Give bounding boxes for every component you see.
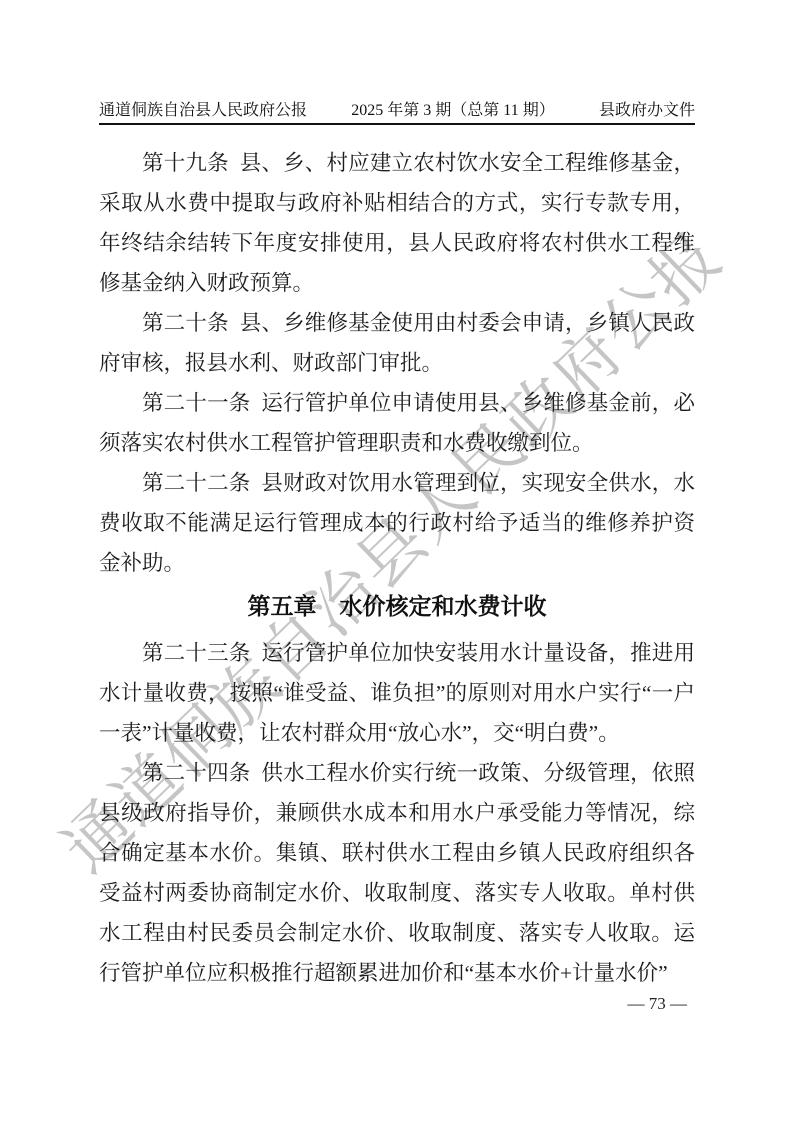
chapter-5-heading: 第五章 水价核定和水费计收 <box>99 586 695 626</box>
page-number: — 73 — <box>628 994 688 1013</box>
header-rule <box>99 123 695 125</box>
header-doc-category: 县政府办文件 <box>599 101 695 121</box>
paragraph-article-22: 第二十二条 县财政对饮用水管理到位，实现安全供水，水费收取不能满足运行管理成本的… <box>99 463 695 583</box>
document-page: 通道侗族自治县人民政府公报 通道侗族自治县人民政府公报 2025 年第 3 期（… <box>0 0 793 1122</box>
paragraph-article-21: 第二十一条 运行管护单位申请使用县、乡维修基金前，必须落实农村供水工程管护管理职… <box>99 383 695 463</box>
header-gazette-title: 通道侗族自治县人民政府公报 <box>99 101 307 121</box>
paragraph-article-19: 第十九条 县、乡、村应建立农村饮水安全工程维修基金，采取从水费中提取与政府补贴相… <box>99 143 695 303</box>
page-footer: — 73 — <box>99 993 687 1015</box>
paragraph-article-24: 第二十四条 供水工程水价实行统一政策、分级管理，依照县级政府指导价，兼顾供水成本… <box>99 753 695 993</box>
header-issue-number: 2025 年第 3 期（总第 11 期） <box>351 101 554 121</box>
page-header: 通道侗族自治县人民政府公报 2025 年第 3 期（总第 11 期） 县政府办文… <box>99 101 695 121</box>
document-body: 第十九条 县、乡、村应建立农村饮水安全工程维修基金，采取从水费中提取与政府补贴相… <box>99 143 695 993</box>
paragraph-article-23: 第二十三条 运行管护单位加快安装用水计量设备，推进用水计量收费，按照“谁受益、谁… <box>99 633 695 753</box>
paragraph-article-20: 第二十条 县、乡维修基金使用由村委会申请，乡镇人民政府审核，报县水利、财政部门审… <box>99 303 695 383</box>
